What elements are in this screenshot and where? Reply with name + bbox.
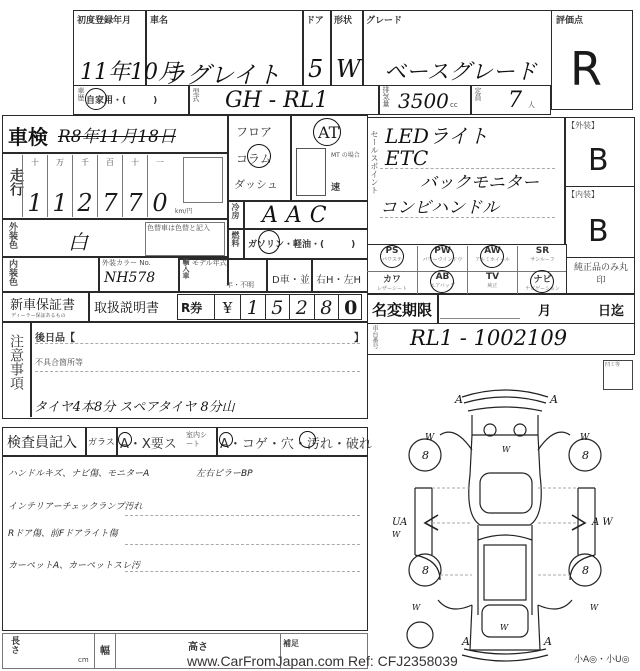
displacement-label: 排気量 [381, 86, 391, 107]
svg-text:A: A [543, 635, 552, 648]
svg-text:W: W [590, 603, 599, 612]
notes-label: 注意事項 [6, 334, 26, 390]
import-label: 輸入車 [181, 258, 191, 279]
recycle-box: R券 ¥ 15280 [177, 294, 362, 320]
model-label: 型式 [191, 88, 201, 102]
interior-grade-value: B [588, 214, 609, 249]
odometer-digit-cell: 万1 [47, 155, 72, 217]
inspector-line-4: Rドア傷、前Fドアライト傷 [8, 526, 118, 539]
aircon-value: AAC [262, 203, 335, 228]
exterior-color-value: 白 [68, 226, 88, 255]
chassis-value: RL1 - 1002109 [410, 326, 567, 350]
glass-label: ガラス [88, 435, 115, 448]
displacement-value: 3500 [398, 89, 449, 113]
sales-points-label: セールスポイント [369, 130, 380, 194]
odometer-digit-cell: 十1 [22, 155, 47, 217]
odometer-unit: km/円 [175, 206, 192, 215]
odometer-digit: 7 [123, 189, 147, 217]
equipment-circle [380, 245, 404, 268]
shape-label: 形状 [334, 13, 352, 26]
model-year-label: モデル年式 [192, 258, 227, 268]
year-unknown-label: 年・不明 [226, 280, 254, 290]
model-value: GH - RL1 [225, 88, 328, 113]
dealer-label: D車・並 [272, 271, 310, 286]
seat-circle-a [219, 432, 233, 447]
svg-text:A W: A W [591, 517, 613, 528]
transmission-circle [313, 118, 341, 146]
recycle-digit: 8 [314, 295, 339, 319]
inspection-value: R8年11月18日 [58, 122, 176, 147]
svg-text:A: A [454, 393, 463, 406]
odometer-digit: 7 [98, 189, 122, 217]
equipment-sub: 純正 [468, 282, 517, 289]
shape-value: W [336, 55, 361, 83]
notes-handwritten: タイヤ4本8分 スペアタイヤ 8分山 [34, 396, 235, 415]
glass-circle [118, 432, 132, 447]
chassis-label: 車台番号 [370, 325, 379, 349]
length-unit: cm [78, 656, 89, 664]
odometer-extra-box [183, 157, 223, 203]
shift-selected-circle [247, 144, 271, 168]
mt-box [296, 148, 326, 196]
grade-value: ベースグレード [384, 55, 537, 86]
watermark: www.CarFromJapan.com Ref: CFJ2358039 [187, 653, 458, 669]
odometer-unit-label: 千 [73, 157, 97, 168]
score-label: 評価点 [556, 13, 583, 26]
displacement-unit: cc [450, 101, 458, 109]
equipment-circle [430, 245, 454, 268]
inspector-line-2: 左右ピラーBP [196, 466, 253, 479]
seat-label: 室内シート [186, 431, 212, 449]
odometer-digit: 0 [148, 189, 172, 217]
equipment-code: SR [536, 246, 549, 256]
inspector-label: 検査員記入 [7, 432, 77, 452]
sales-point-1: LEDライト [385, 120, 488, 149]
door-label: ドア [306, 13, 324, 26]
exterior-grade-label: 【外装】 [567, 120, 599, 131]
inspector-line-3: インテリアーチェックランプ汚れ [8, 499, 142, 512]
color-no-label: 外装カラー No. [102, 258, 151, 268]
equipment-circle [430, 270, 454, 293]
name-change-label: 名変期限 [372, 299, 432, 320]
usage-circle [85, 88, 107, 110]
inspector-line-5: カーペットA、カーペットスレ汚 [8, 558, 140, 571]
seat-circle-dirt [299, 431, 316, 448]
recycle-digit: 0 [338, 295, 363, 319]
odometer-unit-label: 十 [123, 157, 147, 168]
odometer-unit-label: 十 [23, 157, 47, 168]
svg-text:A: A [549, 393, 558, 406]
handle-label: 右H・左H [316, 271, 361, 286]
name-change-month: 月 [538, 300, 551, 319]
equipment-5: カワレザーシート [367, 271, 417, 296]
svg-text:8: 8 [422, 449, 429, 462]
warranty-label: 新車保証書 [10, 294, 75, 313]
equipment-4: SRサンルーフ [517, 246, 567, 271]
recycle-digit: 2 [289, 295, 314, 319]
exterior-grade-value: B [588, 143, 609, 178]
fuel-selected-circle [258, 230, 280, 254]
odometer-unit-label: 百 [98, 157, 122, 168]
other-label: 補足 [283, 638, 299, 649]
odometer-digit-cell: 一0 [147, 155, 172, 217]
svg-text:W: W [502, 445, 511, 454]
height-label: 高さ [188, 638, 208, 653]
equipment-code: TV [486, 272, 499, 282]
fuel-label: 燃料 [230, 231, 241, 247]
warranty-sub: ディーラー保証あるもの [11, 312, 66, 319]
recycle-digit: 5 [265, 295, 290, 319]
svg-text:W: W [425, 433, 435, 443]
manual-label: 取扱説明書 [94, 297, 159, 316]
backorder-close: 】 [354, 329, 364, 344]
width-label: 幅 [100, 642, 110, 657]
odometer-digit-cell: 十7 [122, 155, 147, 217]
door-value: 5 [308, 55, 323, 83]
recycle-digit: 1 [240, 295, 265, 319]
color-change-label: 色替車は色替と記入 [147, 223, 210, 233]
sales-point-4: コンビハンドル [380, 193, 499, 218]
recycle-label: R券 [181, 299, 202, 316]
aircon-label: 冷房 [230, 203, 241, 219]
equipment-7: TV純正 [467, 271, 517, 296]
inspection-label: 車検 [8, 121, 48, 150]
equipment-circle [530, 270, 554, 293]
svg-text:8: 8 [582, 449, 589, 462]
inspector-line-1: ハンドルキズ、ナビ傷、モニターA [8, 466, 149, 479]
svg-text:UA: UA [392, 517, 407, 528]
shift-dash-label: ダッシュ [234, 176, 278, 192]
first-reg-label: 初度登録年月 [77, 13, 131, 26]
sales-point-3: バックモニター [420, 168, 539, 193]
yen-sign: ¥ [214, 295, 240, 319]
equipment-sub: サンルーフ [518, 256, 567, 263]
svg-text:W: W [392, 530, 401, 539]
svg-text:W: W [412, 603, 421, 612]
odometer-digit: 2 [73, 189, 97, 217]
odometer: 十1万1千2百7十7一0 [22, 155, 172, 217]
odometer-unit-label: 万 [48, 157, 72, 168]
odometer-digit-cell: 百7 [97, 155, 122, 217]
backorder-label: 後日品【 [35, 329, 75, 344]
interior-color-label: 内装色 [6, 259, 19, 286]
defects-label: 不具合箇所等 [35, 357, 83, 368]
interior-grade-label: 【内装】 [567, 189, 599, 200]
equipment-sub: レザーシート [367, 285, 417, 292]
car-diagram: A A W W W 8 8 UA W A W 8 8 W W W A A [380, 365, 630, 665]
svg-text:A: A [461, 635, 470, 648]
capacity-unit: 人 [528, 100, 535, 110]
shift-floor-label: フロア [236, 123, 272, 140]
mt-speed-label: 速 [331, 180, 340, 193]
sales-point-2: ETC [385, 146, 428, 170]
exterior-color-label: 外装色 [6, 222, 19, 249]
capacity-label: 定員 [473, 87, 483, 101]
name-change-day: 日迄 [598, 300, 624, 319]
svg-text:W: W [500, 623, 509, 632]
mt-label: MT の場合 [331, 150, 360, 159]
svg-text:8: 8 [582, 564, 589, 577]
odometer-unit-label: 一 [148, 157, 172, 168]
odometer-digit: 1 [48, 189, 72, 217]
car-name-label: 車名 [150, 13, 168, 26]
odometer-digit-cell: 千2 [72, 155, 97, 217]
equipment-circle [480, 245, 504, 268]
color-no-value: NH578 [104, 270, 155, 286]
equipment-code: カワ [383, 275, 401, 285]
svg-text:8: 8 [422, 564, 429, 577]
seat-value: A・コゲ・穴・汚れ・破れ [220, 433, 372, 452]
odometer-digit: 1 [23, 189, 47, 217]
grade-label: グレード [366, 13, 402, 26]
score-value: R [570, 42, 602, 96]
dent-legend: 小A◎・小U◎ [574, 652, 629, 665]
genuine-label: 純正品のみ丸印 [570, 262, 632, 288]
capacity-value: 7 [508, 88, 522, 113]
svg-text:W: W [580, 433, 590, 443]
length-label: 長さ [8, 636, 21, 654]
